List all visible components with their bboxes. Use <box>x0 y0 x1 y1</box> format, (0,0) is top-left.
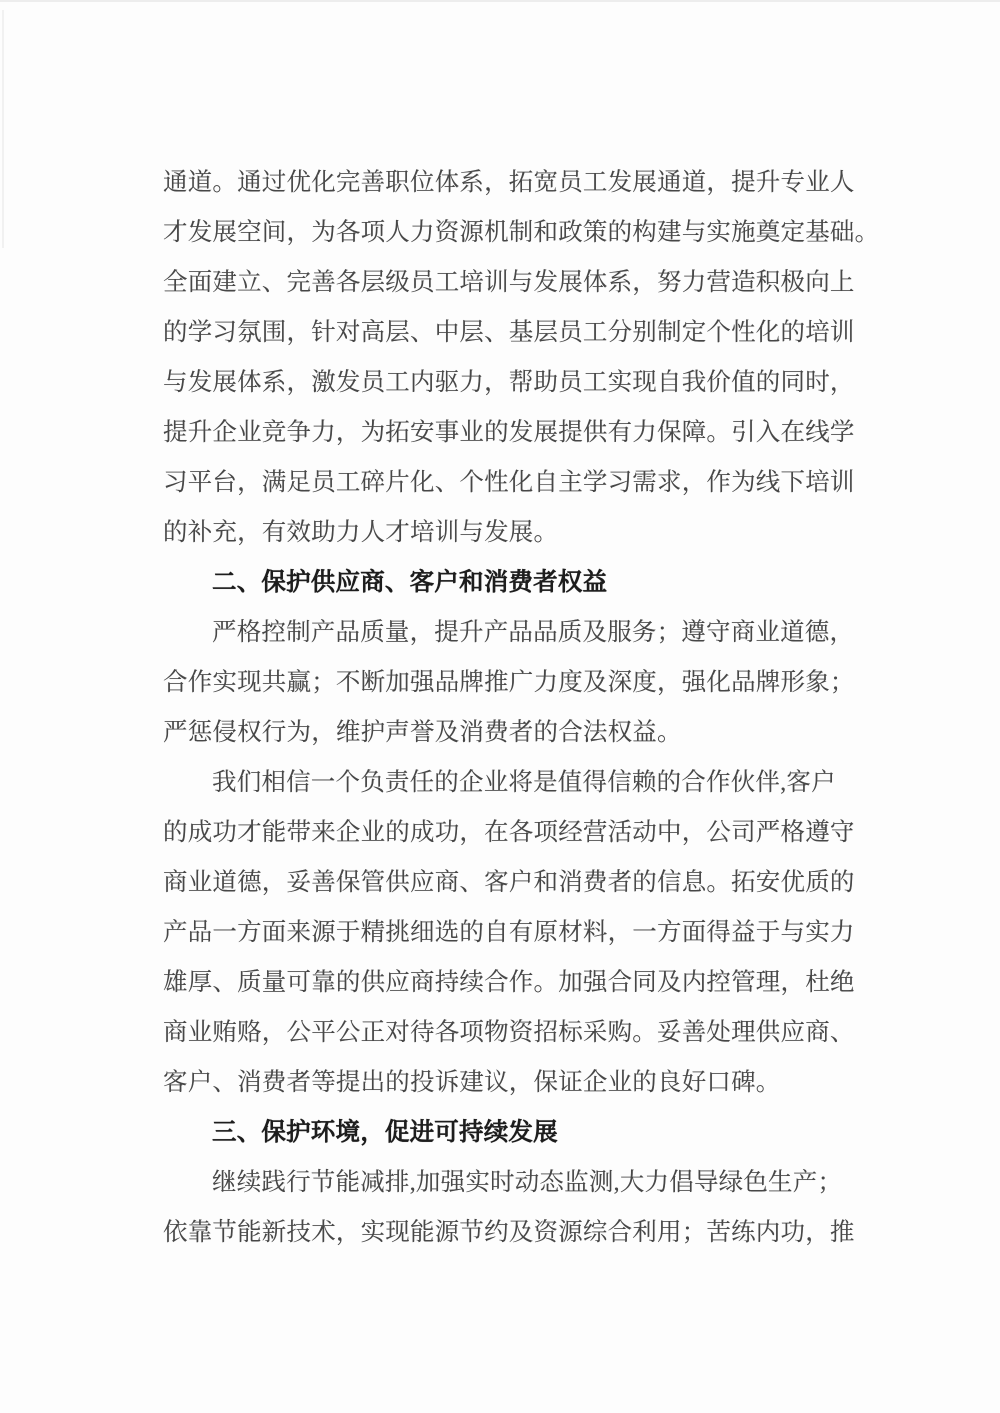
scan-artifact-left-edge <box>2 10 4 248</box>
text-line: 严惩侵权行为，维护声誉及消费者的合法权益。 <box>163 708 873 758</box>
text-line: 的补充，有效助力人才培训与发展。 <box>163 508 873 558</box>
text-line: 合作实现共赢；不断加强品牌推广力度及深度，强化品牌形象； <box>163 658 873 708</box>
text-line: 商业道德，妥善保管供应商、客户和消费者的信息。拓安优质的 <box>163 858 873 908</box>
text-line: 商业贿赂，公平公正对待各项物资招标采购。妥善处理供应商、 <box>163 1008 873 1058</box>
text-line: 与发展体系，激发员工内驱力，帮助员工实现自我价值的同时， <box>163 358 873 408</box>
text-line: 客户、消费者等提出的投诉建议，保证企业的良好口碑。 <box>163 1058 873 1108</box>
text-line: 继续践行节能减排,加强实时动态监测,大力倡导绿色生产； <box>163 1158 873 1208</box>
section-heading: 三、保护环境，促进可持续发展 <box>163 1108 873 1158</box>
text-line: 习平台，满足员工碎片化、个性化自主学习需求，作为线下培训 <box>163 458 873 508</box>
section-heading: 二、保护供应商、客户和消费者权益 <box>163 558 873 608</box>
text-line: 我们相信一个负责任的企业将是值得信赖的合作伙伴,客户 <box>163 758 873 808</box>
scan-artifact-top-edge <box>0 0 1000 2</box>
document-page: 通道。通过优化完善职位体系，拓宽员工发展通道，提升专业人才发展空间，为各项人力资… <box>0 0 1000 1413</box>
text-line: 通道。通过优化完善职位体系，拓宽员工发展通道，提升专业人 <box>163 158 873 208</box>
text-line: 才发展空间，为各项人力资源机制和政策的构建与实施奠定基础。 <box>163 208 873 258</box>
text-line: 产品一方面来源于精挑细选的自有原材料，一方面得益于与实力 <box>163 908 873 958</box>
text-line: 的学习氛围，针对高层、中层、基层员工分别制定个性化的培训 <box>163 308 873 358</box>
text-line: 雄厚、质量可靠的供应商持续合作。加强合同及内控管理，杜绝 <box>163 958 873 1008</box>
text-line: 的成功才能带来企业的成功，在各项经营活动中，公司严格遵守 <box>163 808 873 858</box>
text-line: 全面建立、完善各层级员工培训与发展体系，努力营造积极向上 <box>163 258 873 308</box>
text-line: 严格控制产品质量，提升产品品质及服务；遵守商业道德， <box>163 608 873 658</box>
text-block: 通道。通过优化完善职位体系，拓宽员工发展通道，提升专业人才发展空间，为各项人力资… <box>163 158 873 1258</box>
text-line: 依靠节能新技术，实现能源节约及资源综合利用；苦练内功，推 <box>163 1208 873 1258</box>
text-line: 提升企业竞争力，为拓安事业的发展提供有力保障。引入在线学 <box>163 408 873 458</box>
